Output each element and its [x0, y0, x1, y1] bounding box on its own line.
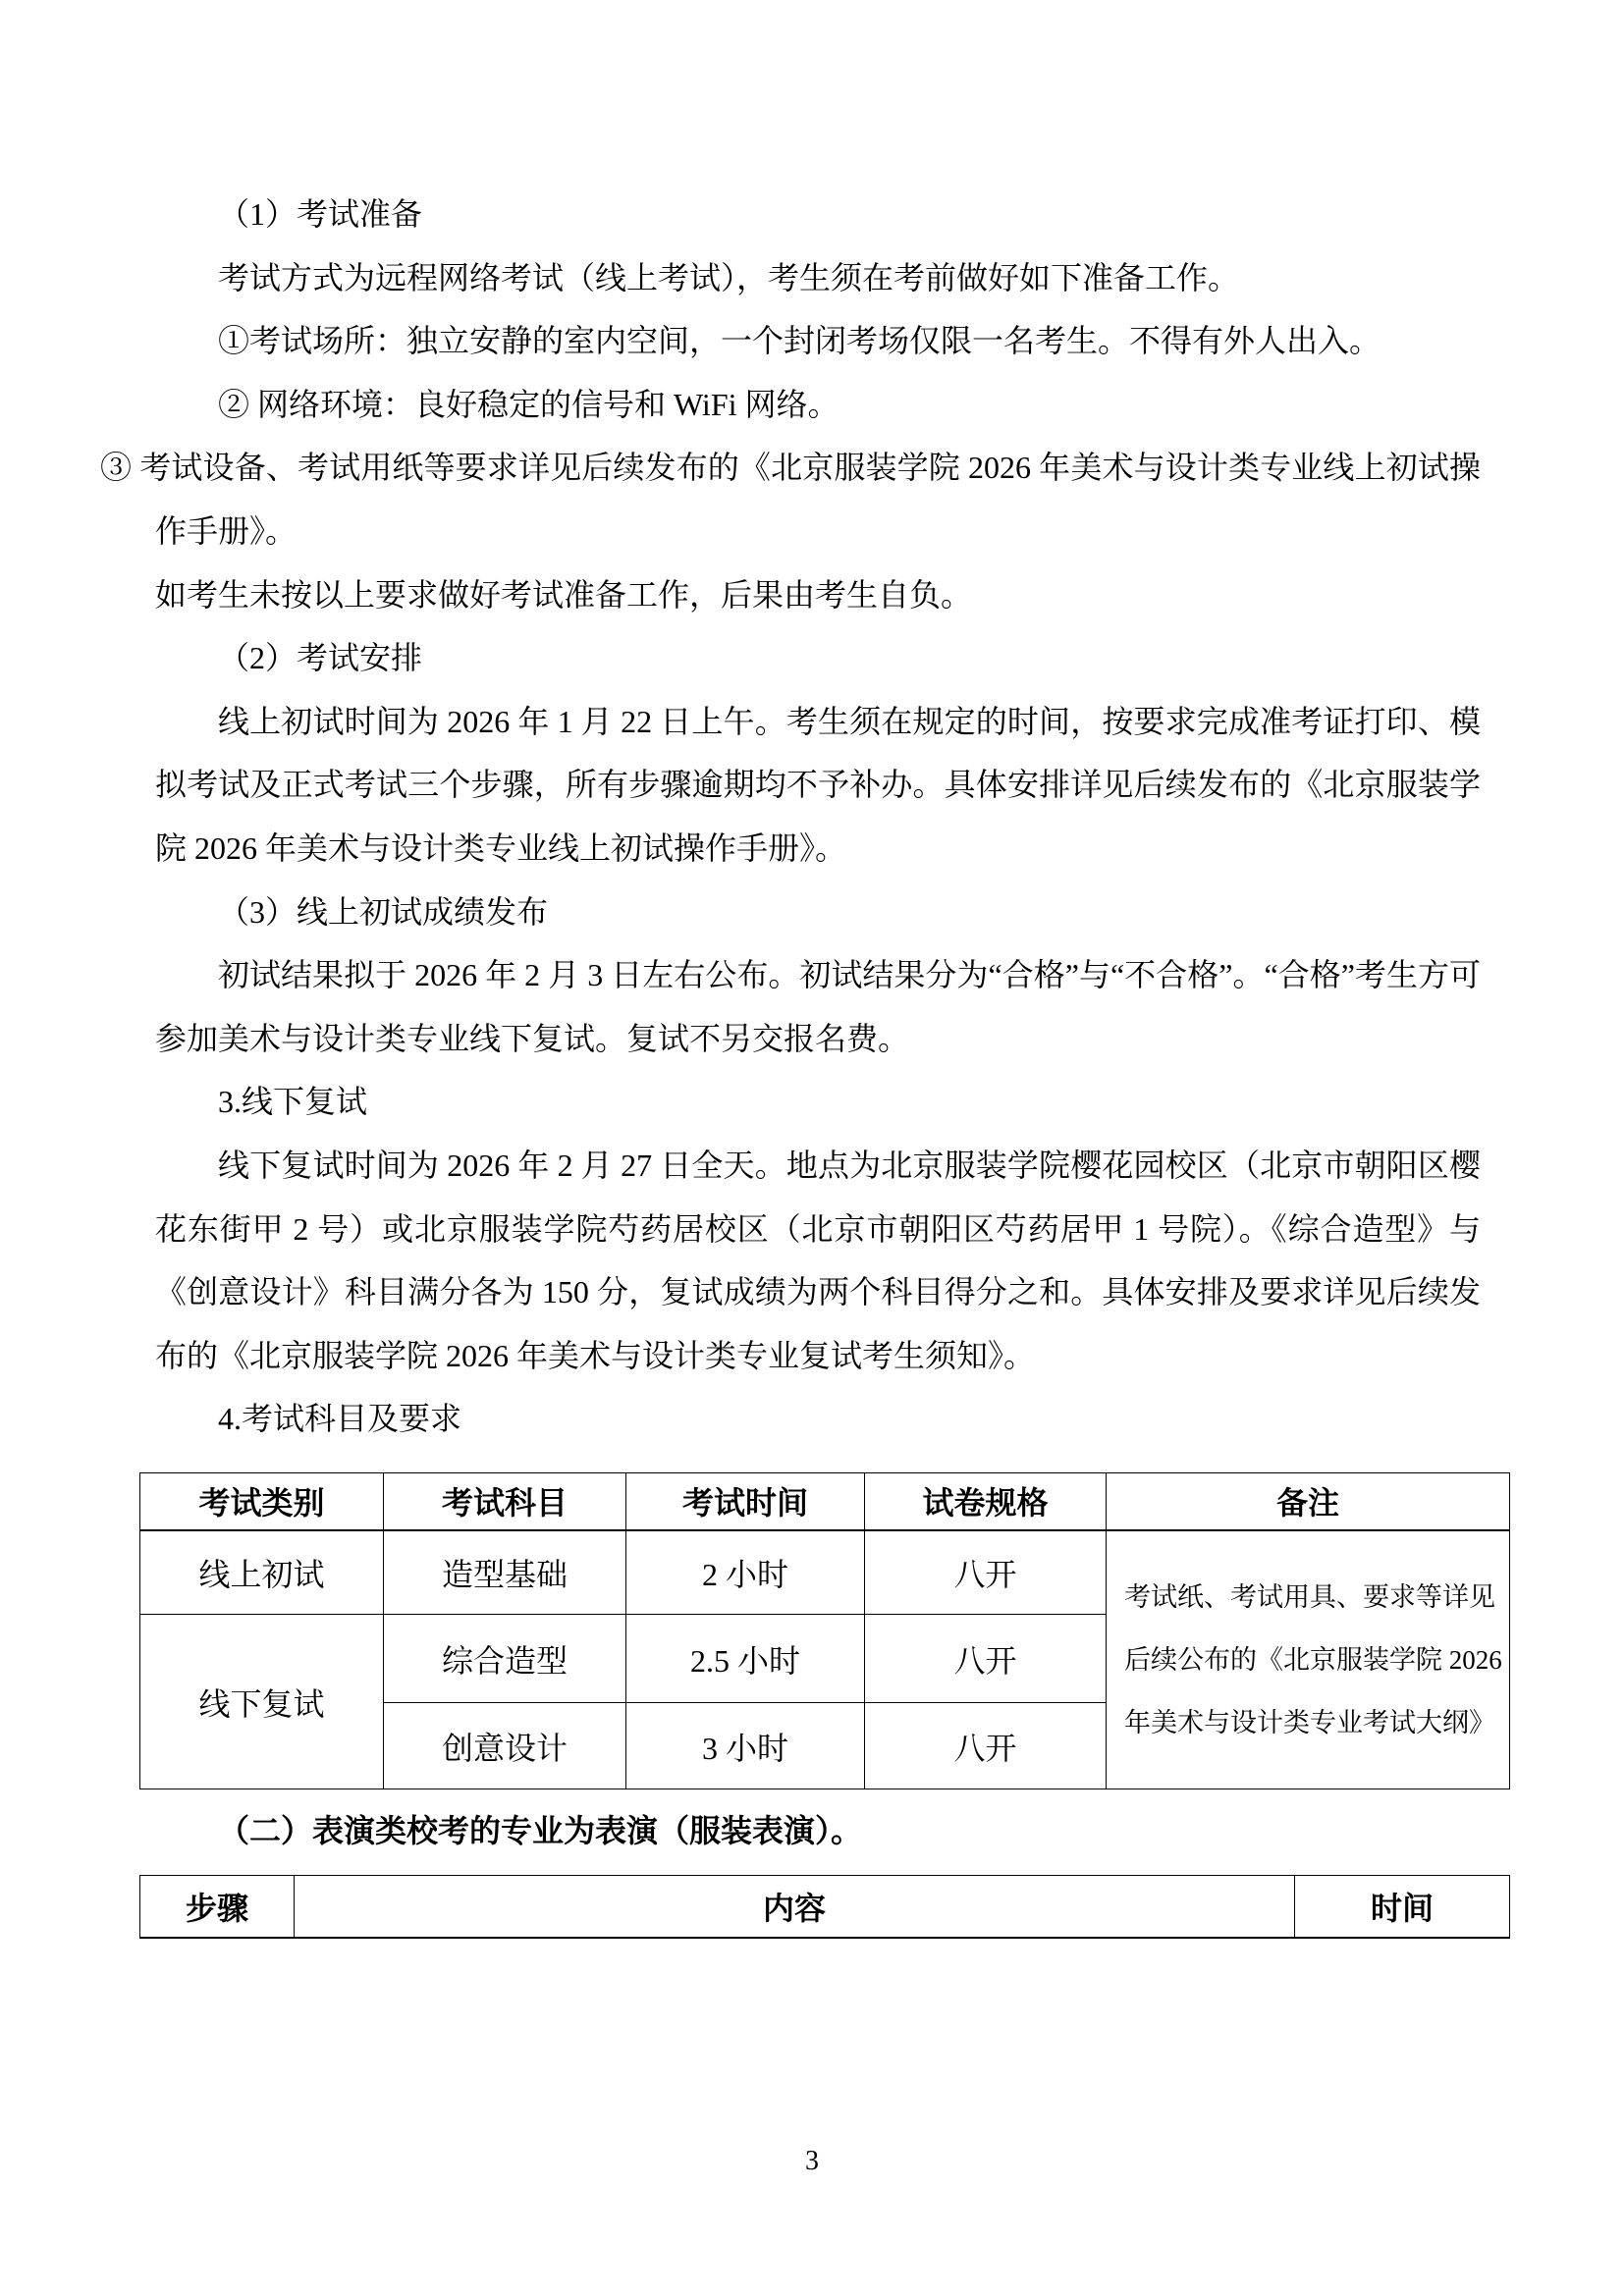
header-time: 时间: [1295, 1876, 1510, 1939]
cell-subject: 造型基础: [384, 1530, 626, 1615]
body-text-block: （1）考试准备 考试方式为远程网络考试（线上考试），考生须在考前做好如下准备工作…: [155, 183, 1481, 1451]
paragraph-exam-schedule-heading: （2）考试安排: [155, 626, 1481, 690]
paragraph-exam-mode: 考试方式为远程网络考试（线上考试），考生须在考前做好如下准备工作。: [155, 246, 1481, 310]
paragraph-offline-retest-heading: 3.线下复试: [155, 1070, 1481, 1134]
performance-steps-table: 步骤 内容 时间: [139, 1875, 1510, 1939]
cell-category-online: 线上初试: [140, 1530, 384, 1615]
cell-remark: 考试纸、考试用具、要求等详见后续公布的《北京服装学院 2026 年美术与设计类专…: [1107, 1530, 1510, 1789]
cell-category-offline: 线下复试: [140, 1615, 384, 1789]
paragraph-exam-venue: ①考试场所：独立安静的室内空间，一个封闭考场仅限一名考生。不得有外人出入。: [155, 309, 1481, 373]
header-exam-category: 考试类别: [140, 1473, 384, 1530]
cell-subject: 综合造型: [384, 1615, 626, 1703]
paragraph-exam-prep-heading: （1）考试准备: [155, 183, 1481, 246]
header-remark: 备注: [1107, 1473, 1510, 1530]
cell-paper: 八开: [865, 1615, 1107, 1703]
paragraph-network-env: ② 网络环境：良好稳定的信号和 WiFi 网络。: [155, 373, 1481, 437]
cell-paper: 八开: [865, 1703, 1107, 1789]
paragraph-results-release: 初试结果拟于 2026 年 2 月 3 日左右公布。初试结果分为“合格”与“不合…: [155, 943, 1481, 1070]
paragraph-offline-retest-detail: 线下复试时间为 2026 年 2 月 27 日全天。地点为北京服装学院樱花园校区…: [155, 1134, 1481, 1387]
cell-duration: 3 小时: [626, 1703, 865, 1789]
paragraph-online-exam-time: 线上初试时间为 2026 年 1 月 22 日上午。考生须在规定的时间，按要求完…: [155, 690, 1481, 881]
document-page: （1）考试准备 考试方式为远程网络考试（线上考试），考生须在考前做好如下准备工作…: [0, 0, 1624, 2296]
header-content: 内容: [295, 1876, 1295, 1939]
header-paper-size: 试卷规格: [865, 1473, 1107, 1530]
exam-subjects-table: 考试类别 考试科目 考试时间 试卷规格 备注 线上初试 造型基础 2 小时 八开…: [139, 1472, 1510, 1789]
cell-duration: 2 小时: [626, 1530, 865, 1615]
table-row: 线上初试 造型基础 2 小时 八开 考试纸、考试用具、要求等详见后续公布的《北京…: [140, 1530, 1510, 1615]
paragraph-responsibility: 如考生未按以上要求做好考试准备工作，后果由考生自负。: [155, 563, 1481, 627]
table-header-row: 步骤 内容 时间: [140, 1876, 1510, 1939]
page-number: 3: [0, 2146, 1624, 2177]
cell-duration: 2.5 小时: [626, 1615, 865, 1703]
paragraph-results-heading: （3）线上初试成绩发布: [155, 881, 1481, 944]
header-step: 步骤: [140, 1876, 295, 1939]
header-exam-subject: 考试科目: [384, 1473, 626, 1530]
table-header-row: 考试类别 考试科目 考试时间 试卷规格 备注: [140, 1473, 1510, 1530]
cell-paper: 八开: [865, 1530, 1107, 1615]
paragraph-exam-equipment: ③ 考试设备、考试用纸等要求详见后续发布的《北京服装学院 2026 年美术与设计…: [155, 436, 1481, 562]
paragraph-subjects-heading: 4.考试科目及要求: [155, 1387, 1481, 1451]
section-heading-performance: （二）表演类校考的专业为表演（服装表演）。: [155, 1799, 1481, 1862]
header-exam-duration: 考试时间: [626, 1473, 865, 1530]
cell-subject: 创意设计: [384, 1703, 626, 1789]
